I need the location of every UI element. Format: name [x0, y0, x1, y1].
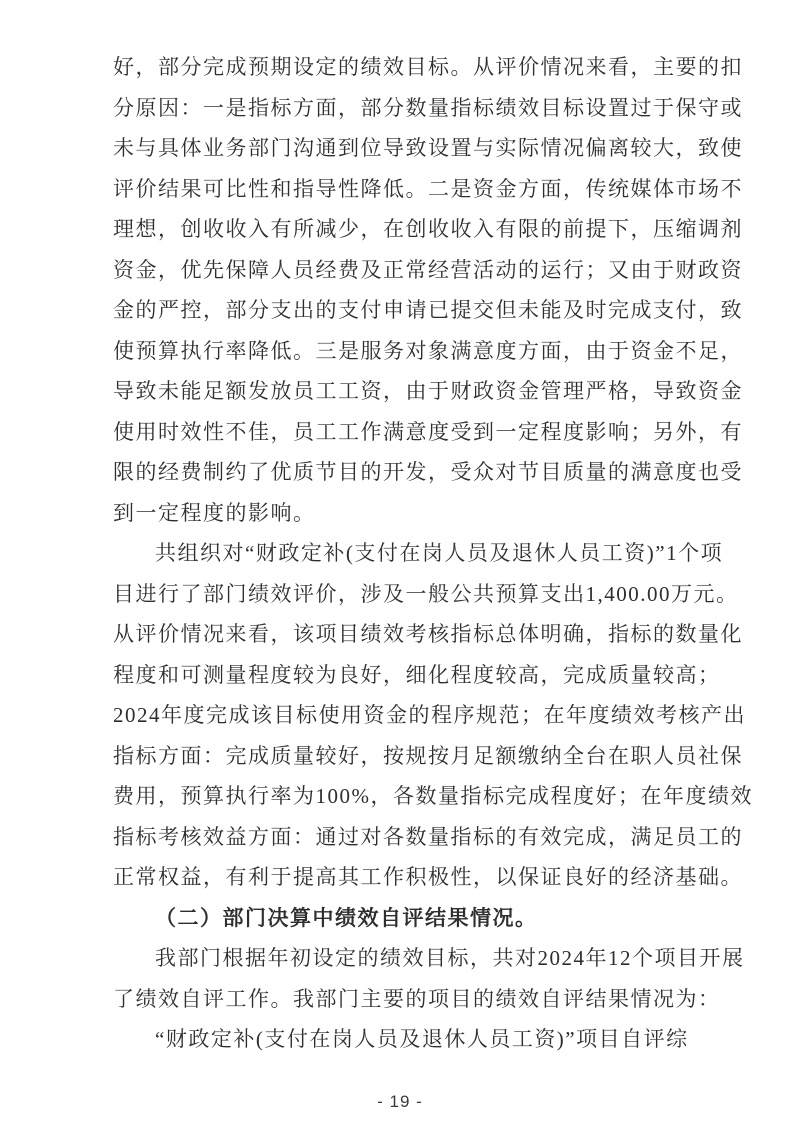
text-line: 目进行了部门绩效评价，涉及一般公共预算支出1,400.00万元。 — [113, 574, 689, 615]
text-line: 从评价情况来看，该项目绩效考核指标总体明确，指标的数量化 — [113, 614, 689, 655]
document-body: 好，部分完成预期设定的绩效目标。从评价情况来看，主要的扣 分原因：一是指标方面，… — [113, 47, 689, 1060]
text-line: 使预算执行率降低。三是服务对象满意度方面，由于资金不足， — [113, 331, 689, 372]
document-page: 好，部分完成预期设定的绩效目标。从评价情况来看，主要的扣 分原因：一是指标方面，… — [0, 0, 800, 1131]
text-line: 指标考核效益方面：通过对各数量指标的有效完成，满足员工的 — [113, 817, 689, 858]
text-line: 分原因：一是指标方面，部分数量指标绩效目标设置过于保守或 — [113, 88, 689, 129]
section-heading: （二）部门决算中绩效自评结果情况。 — [113, 898, 689, 939]
text-line: 了绩效自评工作。我部门主要的项目的绩效自评结果情况为： — [113, 979, 689, 1020]
text-line: 费用，预算执行率为100%，各数量指标完成程度好；在年度绩效 — [113, 776, 689, 817]
page-number: - 19 - — [377, 1092, 423, 1111]
text-line: 使用时效性不佳，员工工作满意度受到一定程度影响；另外，有 — [113, 412, 689, 453]
text-line: 程度和可测量程度较为良好，细化程度较高，完成质量较高； — [113, 655, 689, 696]
text-line: 资金，优先保障人员经费及正常经营活动的运行；又由于财政资 — [113, 250, 689, 291]
text-line: 理想，创收收入有所减少，在创收收入有限的前提下，压缩调剂 — [113, 209, 689, 250]
text-line: 导致未能足额发放员工工资，由于财政资金管理严格，导致资金 — [113, 371, 689, 412]
page-footer: - 19 - — [0, 1092, 800, 1112]
text-line: 未与具体业务部门沟通到位导致设置与实际情况偏离较大，致使 — [113, 128, 689, 169]
text-line: 到一定程度的影响。 — [113, 493, 689, 534]
text-line: 我部门根据年初设定的绩效目标，共对2024年12个项目开展 — [113, 938, 689, 979]
text-line: “财政定补(支付在岗人员及退休人员工资)”项目自评综 — [113, 1019, 689, 1060]
text-line: 2024年度完成该目标使用资金的程序规范；在年度绩效考核产出 — [113, 695, 689, 736]
text-line: 指标方面：完成质量较好，按规按月足额缴纳全台在职人员社保 — [113, 736, 689, 777]
text-line: 好，部分完成预期设定的绩效目标。从评价情况来看，主要的扣 — [113, 47, 689, 88]
text-line: 正常权益，有利于提高其工作积极性，以保证良好的经济基础。 — [113, 857, 689, 898]
text-line: 共组织对“财政定补(支付在岗人员及退休人员工资)”1个项 — [113, 533, 689, 574]
text-line: 金的严控，部分支出的支付申请已提交但未能及时完成支付，致 — [113, 290, 689, 331]
text-line: 评价结果可比性和指导性降低。二是资金方面，传统媒体市场不 — [113, 169, 689, 210]
text-line: 限的经费制约了优质节目的开发，受众对节目质量的满意度也受 — [113, 452, 689, 493]
